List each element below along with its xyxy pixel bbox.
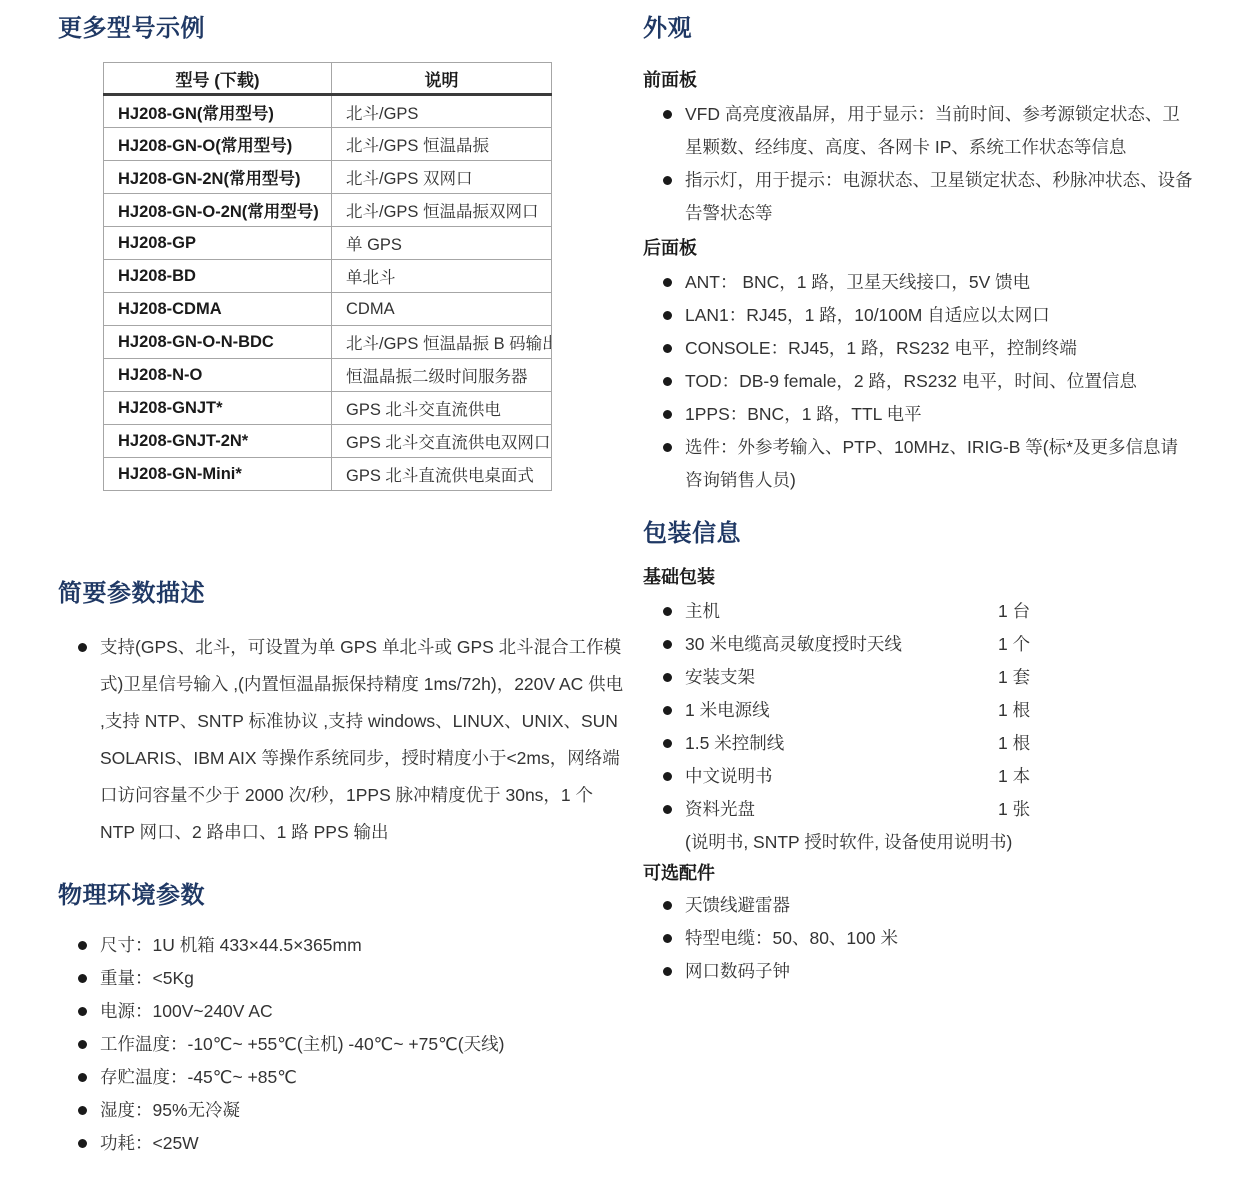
desc-cell: 单北斗 — [332, 260, 552, 293]
list-item: 存贮温度：-45℃~ +85℃ — [58, 1061, 625, 1094]
package-item: 安装支架 1 套 — [643, 661, 1195, 694]
bullet-text: 存贮温度：-45℃~ +85℃ — [100, 1067, 297, 1087]
bullet-text: LAN1：RJ45，1 路，10/100M 自适应以太网口 — [685, 305, 1050, 325]
right-column: 外观 前面板 VFD 高亮度液晶屏，用于显示：当前时间、参考源锁定状态、卫星颗数… — [643, 14, 1195, 1184]
list-item: VFD 高亮度液晶屏，用于显示：当前时间、参考源锁定状态、卫星颗数、经纬度、高度… — [643, 98, 1195, 164]
bullet-icon — [663, 377, 672, 386]
desc-cell: 恒温晶振二级时间服务器 — [332, 359, 552, 392]
table-row: HJ208-GN-Mini* GPS 北斗直流供电桌面式 — [104, 458, 552, 491]
desc-cell: 北斗/GPS — [332, 95, 552, 128]
package-item-qty: 1 个 — [998, 628, 1030, 661]
package-item-name: 1.5 米控制线 — [685, 727, 998, 760]
bullet-icon — [663, 772, 672, 781]
list-item: 功耗：<25W — [58, 1127, 625, 1160]
bullet-text: CONSOLE：RJ45，1 路，RS232 电平，控制终端 — [685, 338, 1077, 358]
desc-cell: GPS 北斗交直流供电双网口 — [332, 425, 552, 458]
bullet-icon — [663, 443, 672, 452]
subsection-title-front-panel: 前面板 — [643, 68, 1195, 92]
list-item: 重量：<5Kg — [58, 962, 625, 995]
subsection-title-optional-accessories: 可选配件 — [643, 861, 1195, 885]
list-item: 支持(GPS、北斗，可设置为单 GPS 单北斗或 GPS 北斗混合工作模式)卫星… — [58, 629, 625, 851]
package-item-name: 中文说明书 — [685, 760, 998, 793]
bullet-text: 重量：<5Kg — [100, 968, 194, 988]
model-cell: HJ208-GP — [104, 227, 332, 260]
package-item-qty: 1 套 — [998, 661, 1030, 694]
package-item-qty: 1 台 — [998, 595, 1030, 628]
packaging-note: (说明书, SNTP 授时软件, 设备使用说明书) — [643, 826, 1195, 859]
model-cell: HJ208-GN-2N(常用型号) — [104, 161, 332, 194]
list-item: 湿度：95%无冷凝 — [58, 1094, 625, 1127]
desc-cell: 北斗/GPS 双网口 — [332, 161, 552, 194]
section-title-packaging: 包装信息 — [643, 519, 1195, 549]
package-item: 1.5 米控制线 1 根 — [643, 727, 1195, 760]
rear-panel-list: ANT： BNC，1 路，卫星天线接口，5V 馈电 LAN1：RJ45，1 路，… — [643, 266, 1195, 497]
bullet-text: TOD：DB-9 female，2 路，RS232 电平，时间、位置信息 — [685, 371, 1137, 391]
bullet-icon — [663, 934, 672, 943]
model-cell: HJ208-N-O — [104, 359, 332, 392]
list-item: TOD：DB-9 female，2 路，RS232 电平，时间、位置信息 — [643, 365, 1195, 398]
section-title-more-models: 更多型号示例 — [58, 14, 625, 44]
package-item-name: 主机 — [685, 595, 998, 628]
subsection-title-base-packaging: 基础包装 — [643, 565, 1195, 589]
bullet-icon — [663, 805, 672, 814]
bullet-text: 功耗：<25W — [100, 1133, 199, 1153]
bullet-icon — [663, 110, 672, 119]
bullet-icon — [663, 967, 672, 976]
list-item: ANT： BNC，1 路，卫星天线接口，5V 馈电 — [643, 266, 1195, 299]
bullet-icon — [78, 1007, 87, 1016]
model-cell: HJ208-BD — [104, 260, 332, 293]
section-title-brief-params: 简要参数描述 — [58, 579, 625, 609]
package-item-name: 1 米电源线 — [685, 694, 998, 727]
model-cell: HJ208-GNJT* — [104, 392, 332, 425]
left-column: 更多型号示例 型号 (下载) 说明 HJ208-GN(常用型号) 北斗/GPS … — [58, 14, 625, 1184]
list-item: CONSOLE：RJ45，1 路，RS232 电平，控制终端 — [643, 332, 1195, 365]
bullet-icon — [78, 974, 87, 983]
list-item: LAN1：RJ45，1 路，10/100M 自适应以太网口 — [643, 299, 1195, 332]
desc-cell: 北斗/GPS 恒温晶振 — [332, 128, 552, 161]
table-header-row: 型号 (下载) 说明 — [104, 63, 552, 95]
physical-params-list: 尺寸：1U 机箱 433×44.5×365mm 重量：<5Kg 电源：100V~… — [58, 929, 625, 1160]
bullet-icon — [78, 1040, 87, 1049]
section-title-appearance: 外观 — [643, 14, 1195, 44]
package-item: 1 米电源线 1 根 — [643, 694, 1195, 727]
bullet-text: 电源：100V~240V AC — [100, 1001, 273, 1021]
table-row: HJ208-GP 单 GPS — [104, 227, 552, 260]
bullet-text: 工作温度：-10℃~ +55℃(主机) -40℃~ +75℃(天线) — [100, 1034, 504, 1054]
bullet-text: 支持(GPS、北斗，可设置为单 GPS 单北斗或 GPS 北斗混合工作模式)卫星… — [100, 637, 623, 842]
package-item-name: 安装支架 — [685, 661, 998, 694]
list-item: 天馈线避雷器 — [643, 889, 1195, 922]
bullet-text: 湿度：95%无冷凝 — [100, 1100, 240, 1120]
bullet-icon — [78, 941, 87, 950]
bullet-icon — [663, 673, 672, 682]
bullet-icon — [663, 311, 672, 320]
bullet-text: 网口数码子钟 — [685, 961, 790, 981]
section-title-physical-params: 物理环境参数 — [58, 881, 625, 911]
bullet-icon — [663, 176, 672, 185]
bullet-icon — [78, 1106, 87, 1115]
table-row: HJ208-GN(常用型号) 北斗/GPS — [104, 95, 552, 128]
package-item-qty: 1 张 — [998, 793, 1030, 826]
table-row: HJ208-GN-O(常用型号) 北斗/GPS 恒温晶振 — [104, 128, 552, 161]
front-panel-list: VFD 高亮度液晶屏，用于显示：当前时间、参考源锁定状态、卫星颗数、经纬度、高度… — [643, 98, 1195, 230]
bullet-icon — [663, 739, 672, 748]
model-cell: HJ208-GN-O-2N(常用型号) — [104, 194, 332, 227]
desc-cell: GPS 北斗交直流供电 — [332, 392, 552, 425]
list-item: 网口数码子钟 — [643, 955, 1195, 988]
package-item-name: 资料光盘 — [685, 793, 998, 826]
package-item-qty: 1 根 — [998, 727, 1030, 760]
desc-cell: 单 GPS — [332, 227, 552, 260]
models-table: 型号 (下载) 说明 HJ208-GN(常用型号) 北斗/GPS HJ208-G… — [103, 62, 552, 491]
models-table-header-model: 型号 (下载) — [104, 63, 332, 95]
desc-cell: GPS 北斗直流供电桌面式 — [332, 458, 552, 491]
model-cell: HJ208-GN-O-N-BDC — [104, 326, 332, 359]
table-row: HJ208-GN-O-N-BDC 北斗/GPS 恒温晶振 B 码输出 — [104, 326, 552, 359]
models-table-header-desc: 说明 — [332, 63, 552, 95]
bullet-icon — [663, 607, 672, 616]
desc-cell: 北斗/GPS 恒温晶振双网口 — [332, 194, 552, 227]
subsection-title-rear-panel: 后面板 — [643, 236, 1195, 260]
bullet-icon — [78, 1073, 87, 1082]
bullet-icon — [663, 344, 672, 353]
list-item: 指示灯，用于提示：电源状态、卫星锁定状态、秒脉冲状态、设备告警状态等 — [643, 164, 1195, 230]
optional-accessories-list: 天馈线避雷器 特型电缆：50、80、100 米 网口数码子钟 — [643, 889, 1195, 988]
bullet-icon — [663, 410, 672, 419]
table-row: HJ208-GN-O-2N(常用型号) 北斗/GPS 恒温晶振双网口 — [104, 194, 552, 227]
bullet-text: 选件：外参考输入、PTP、10MHz、IRIG-B 等(标*及更多信息请咨询销售… — [685, 437, 1178, 490]
list-item: 电源：100V~240V AC — [58, 995, 625, 1028]
bullet-text: 尺寸：1U 机箱 433×44.5×365mm — [100, 935, 362, 955]
model-cell: HJ208-GN-O(常用型号) — [104, 128, 332, 161]
datasheet-page: 更多型号示例 型号 (下载) 说明 HJ208-GN(常用型号) 北斗/GPS … — [0, 0, 1240, 1184]
package-item: 资料光盘 1 张 — [643, 793, 1195, 826]
model-cell: HJ208-GN-Mini* — [104, 458, 332, 491]
table-row: HJ208-N-O 恒温晶振二级时间服务器 — [104, 359, 552, 392]
model-cell: HJ208-CDMA — [104, 293, 332, 326]
model-cell: HJ208-GNJT-2N* — [104, 425, 332, 458]
package-item-name: 30 米电缆高灵敏度授时天线 — [685, 628, 998, 661]
package-item-qty: 1 本 — [998, 760, 1030, 793]
list-item: 工作温度：-10℃~ +55℃(主机) -40℃~ +75℃(天线) — [58, 1028, 625, 1061]
package-item-qty: 1 根 — [998, 694, 1030, 727]
package-item: 30 米电缆高灵敏度授时天线 1 个 — [643, 628, 1195, 661]
bullet-text: 特型电缆：50、80、100 米 — [685, 928, 898, 948]
package-item: 中文说明书 1 本 — [643, 760, 1195, 793]
bullet-icon — [78, 643, 87, 652]
base-packaging-list: 主机 1 台 30 米电缆高灵敏度授时天线 1 个 安装支架 1 套 1 米电源… — [643, 595, 1195, 859]
bullet-text: 天馈线避雷器 — [685, 895, 790, 915]
table-row: HJ208-GNJT* GPS 北斗交直流供电 — [104, 392, 552, 425]
bullet-text: VFD 高亮度液晶屏，用于显示：当前时间、参考源锁定状态、卫星颗数、经纬度、高度… — [685, 104, 1180, 157]
list-item: 选件：外参考输入、PTP、10MHz、IRIG-B 等(标*及更多信息请咨询销售… — [643, 431, 1195, 497]
model-cell: HJ208-GN(常用型号) — [104, 95, 332, 128]
bullet-icon — [663, 901, 672, 910]
bullet-text: 指示灯，用于提示：电源状态、卫星锁定状态、秒脉冲状态、设备告警状态等 — [685, 170, 1193, 223]
bullet-icon — [663, 706, 672, 715]
list-item: 特型电缆：50、80、100 米 — [643, 922, 1195, 955]
list-item: 尺寸：1U 机箱 433×44.5×365mm — [58, 929, 625, 962]
bullet-icon — [78, 1139, 87, 1148]
bullet-text: ANT： BNC，1 路，卫星天线接口，5V 馈电 — [685, 272, 1030, 292]
bullet-text: 1PPS：BNC，1 路，TTL 电平 — [685, 404, 922, 424]
bullet-icon — [663, 640, 672, 649]
bullet-icon — [663, 278, 672, 287]
package-item: 主机 1 台 — [643, 595, 1195, 628]
desc-cell: CDMA — [332, 293, 552, 326]
table-row: HJ208-BD 单北斗 — [104, 260, 552, 293]
list-item: 1PPS：BNC，1 路，TTL 电平 — [643, 398, 1195, 431]
table-row: HJ208-GN-2N(常用型号) 北斗/GPS 双网口 — [104, 161, 552, 194]
table-row: HJ208-CDMA CDMA — [104, 293, 552, 326]
desc-cell: 北斗/GPS 恒温晶振 B 码输出 — [332, 326, 552, 359]
table-row: HJ208-GNJT-2N* GPS 北斗交直流供电双网口 — [104, 425, 552, 458]
